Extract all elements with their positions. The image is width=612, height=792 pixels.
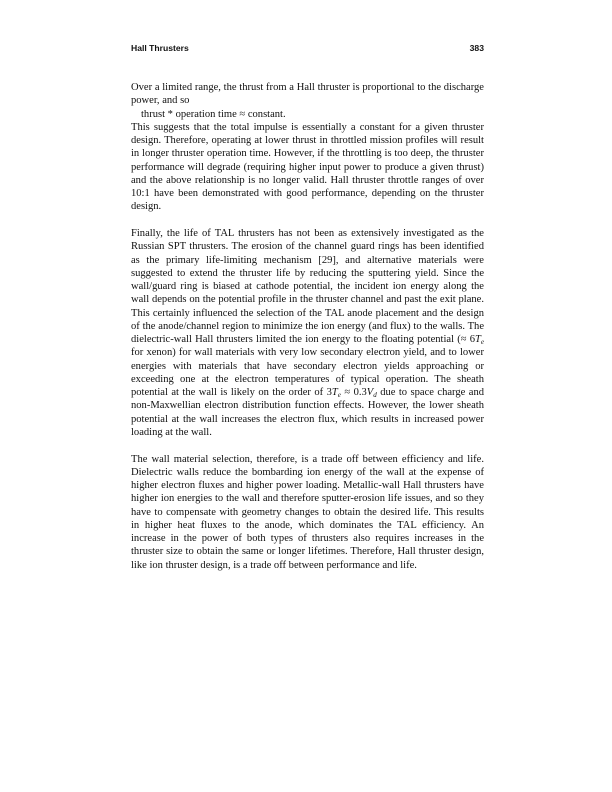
paragraph-2: This suggests that the total impulse is … xyxy=(131,121,484,214)
document-page: Hall Thrusters 383 Over a limited range,… xyxy=(0,0,612,792)
paragraph-gap xyxy=(131,214,484,228)
running-header: Hall Thrusters 383 xyxy=(131,43,484,57)
page-number: 383 xyxy=(470,43,484,53)
paragraph-1: Over a limited range, the thrust from a … xyxy=(131,81,484,108)
paragraph-3-text-a: Finally, the life of TAL thrusters has n… xyxy=(131,228,484,345)
equation-thrust-time: thrust * operation time ≈ constant. xyxy=(131,108,484,121)
math-approx-6: ≈ 6 xyxy=(461,334,475,345)
math-approx-0-3: ≈ 0.3 xyxy=(341,387,367,398)
body-text: Over a limited range, the thrust from a … xyxy=(131,81,484,572)
paragraph-3: Finally, the life of TAL thrusters has n… xyxy=(131,227,484,439)
math-sub-e: e xyxy=(481,338,484,346)
math-sheath-potential: 3Te ≈ 0.3Vd xyxy=(327,387,377,398)
paragraph-4: The wall material selection, therefore, … xyxy=(131,453,484,572)
running-title: Hall Thrusters xyxy=(131,43,189,53)
paragraph-gap xyxy=(131,439,484,453)
math-floating-potential: ≈ 6Te xyxy=(461,334,484,345)
